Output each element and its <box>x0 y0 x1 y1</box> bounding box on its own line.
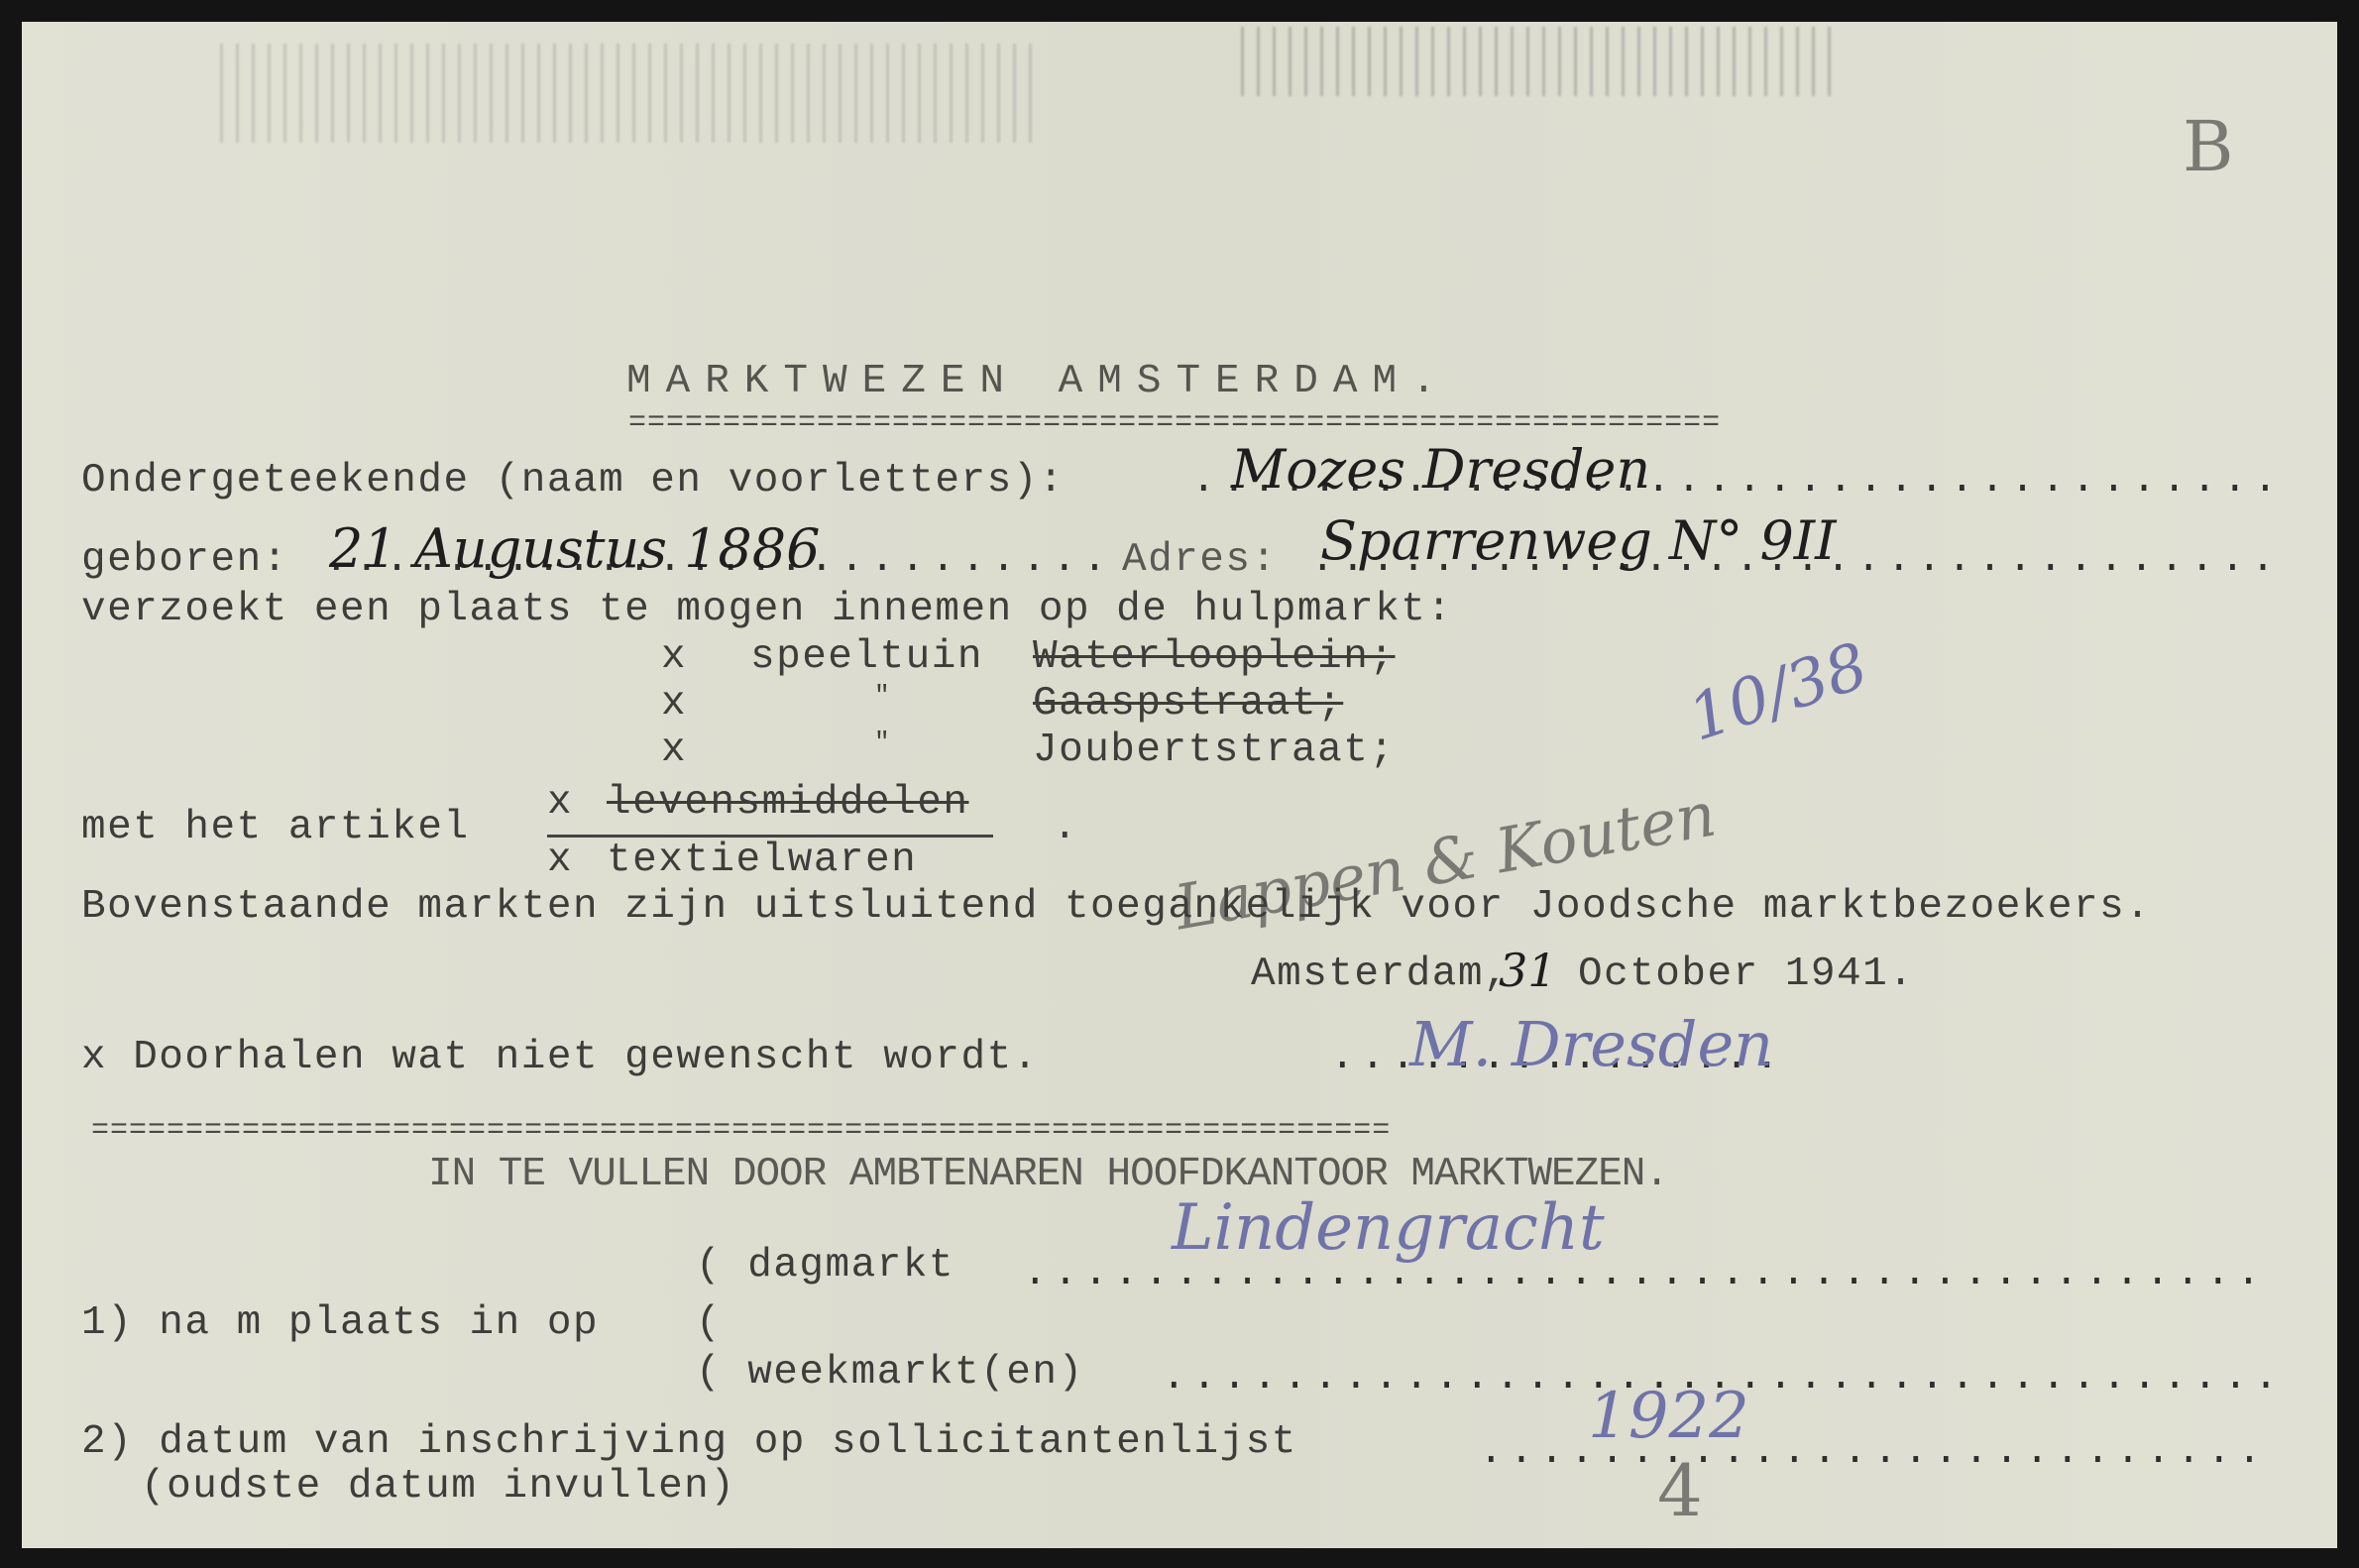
market-marker: x <box>661 681 687 727</box>
item1-bracket-mid: ( <box>696 1300 722 1346</box>
applicant-label: Ondergeteekende (naam en voorletters): <box>81 458 1065 504</box>
born-value: 21 Augustus 1886 <box>329 517 821 580</box>
market-joubertstraat: Joubertstraat; <box>1033 728 1395 773</box>
applicant-name: Mozes Dresden <box>1231 438 1650 501</box>
item2-value: 1922 <box>1588 1380 1749 1453</box>
item2-label: 2) datum van inschrijving op sollicitant… <box>81 1419 1297 1465</box>
place-date-day: 31 <box>1499 944 1557 997</box>
ink-smudge <box>1241 27 1836 96</box>
article-textielwaren: textielwaren <box>607 838 917 883</box>
corner-mark: B <box>2183 106 2233 187</box>
market-waterlooplein: Waterlooplein; <box>1033 634 1395 680</box>
section-rule: ========================================… <box>91 1114 2282 1148</box>
item2-sub: (oudste datum invullen) <box>141 1464 735 1510</box>
place-date-prefix: Amsterdam, <box>1251 952 1510 997</box>
market-ditto: " <box>874 728 891 757</box>
signature: M. Dresden <box>1409 1008 1773 1080</box>
address-value: Sparrenweg N° 9II <box>1320 509 1836 572</box>
article-period: . <box>1053 805 1078 850</box>
item1-bracket: ( dagmarkt <box>696 1243 955 1288</box>
request-text: verzoekt een plaats te mogen innemen op … <box>81 587 1453 632</box>
article-label: met het artikel <box>81 805 470 850</box>
item1-label: 1) na m plaats in op <box>81 1300 599 1346</box>
market-marker: x <box>661 634 687 680</box>
born-label: geboren: <box>81 537 288 583</box>
page-title: MARKTWEZEN AMSTERDAM. <box>626 359 1451 404</box>
article-marker: x <box>547 780 573 826</box>
dagmarkt-value: Lindengracht <box>1172 1191 1605 1265</box>
address-label: Adres: <box>1122 537 1278 583</box>
page-mark: 4 <box>1657 1449 1703 1532</box>
ink-smudge <box>220 44 1033 143</box>
place-date-rest: October 1941. <box>1578 952 1914 997</box>
form-card: B MARKTWEZEN AMSTERDAM. ================… <box>22 22 2337 1548</box>
market-ditto: " <box>874 681 891 711</box>
notice-text: Bovenstaande markten zijn uitsluitend to… <box>81 884 2151 930</box>
market-prefix: speeltuin <box>750 634 983 680</box>
margin-note: 10/38 <box>1680 629 1876 755</box>
article-levensmiddelen: levensmiddelen <box>607 780 968 826</box>
item1-weekmarkt: ( weekmarkt(en) <box>696 1350 1084 1396</box>
market-gaaspstraat: Gaaspstraat; <box>1033 681 1343 727</box>
title-rule: ========================================… <box>628 406 1729 440</box>
strike-instruction: x Doorhalen wat niet gewenscht wordt. <box>81 1035 1039 1080</box>
article-marker: x <box>547 838 573 883</box>
market-marker: x <box>661 728 687 773</box>
